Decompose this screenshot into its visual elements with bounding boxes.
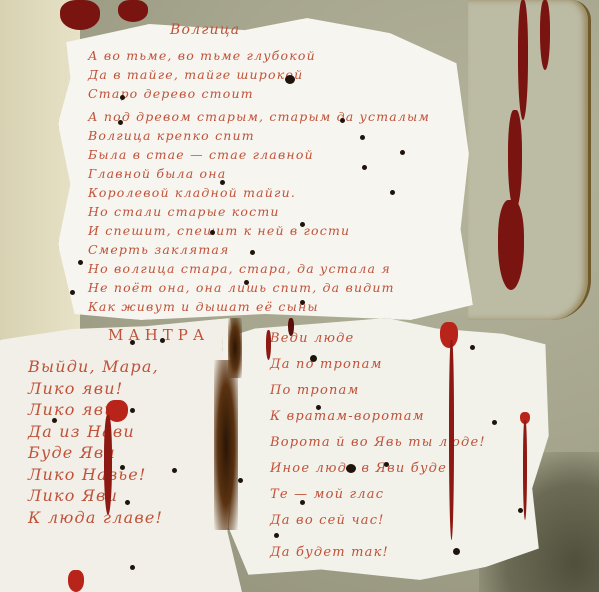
ink-splatter xyxy=(340,118,345,123)
ink-splatter xyxy=(362,165,367,170)
lyrics-block: А во тьме, во тьме глубокой Да в тайге, … xyxy=(88,46,430,316)
ink-splatter xyxy=(130,408,135,413)
ink-splatter xyxy=(120,465,125,470)
ink-splatter xyxy=(274,533,279,538)
lyric-line: А под древом старым, старым да усталым xyxy=(88,107,430,126)
ink-splatter xyxy=(300,222,305,227)
ink-splatter xyxy=(52,418,57,423)
ink-splatter xyxy=(130,340,135,345)
lyrics-block: Выйди, Мара, Лико яви! Лико яви Да из На… xyxy=(28,356,163,528)
lyric-line: Волгица крепко спит xyxy=(88,126,430,145)
lyric-line: Не поёт она, она лишь спит, да видит xyxy=(88,278,430,297)
ink-splatter xyxy=(238,478,243,483)
ink-splatter xyxy=(78,260,83,265)
blood-drip xyxy=(440,322,458,348)
blood-drip xyxy=(266,330,271,360)
ink-splatter xyxy=(518,508,523,513)
ink-splatter xyxy=(300,500,305,505)
blood-drip xyxy=(104,415,112,515)
ink-splatter xyxy=(492,420,497,425)
blood-streak xyxy=(508,110,522,210)
ink-splatter xyxy=(346,464,356,473)
burn-mark xyxy=(214,360,238,530)
ink-splatter xyxy=(220,180,225,185)
ink-splatter xyxy=(310,355,317,362)
blood-streak xyxy=(498,200,524,290)
ink-splatter xyxy=(470,345,475,350)
lyric-line: Была в стае — стае главной xyxy=(88,145,430,164)
lyric-line: Старо дерево стоит xyxy=(88,84,430,103)
ink-splatter xyxy=(130,565,135,570)
sheet-title: МАНТРА xyxy=(108,326,209,344)
lyric-line: Да из Нави xyxy=(28,421,163,443)
lyric-line: К люда главе! xyxy=(28,507,163,529)
lyric-line: Выйди, Мара, xyxy=(28,356,163,378)
torn-gray-sheet xyxy=(468,0,591,320)
blood-drip xyxy=(68,570,84,592)
ink-splatter xyxy=(250,250,255,255)
ink-splatter xyxy=(160,338,165,343)
lyric-line: Смерть заклятая xyxy=(88,240,430,259)
ink-splatter xyxy=(70,290,75,295)
ink-splatter xyxy=(172,468,177,473)
lyric-line: Лико Навье! xyxy=(28,464,163,486)
ink-splatter xyxy=(285,75,295,84)
burn-mark xyxy=(228,318,242,378)
blood-drip xyxy=(523,420,527,520)
lyric-line: И спешит, спешит к ней в гости xyxy=(88,221,430,240)
blood-streak xyxy=(540,0,550,70)
ink-splatter xyxy=(316,405,321,410)
lyric-line: Лико яви xyxy=(28,399,163,421)
ink-splatter xyxy=(453,548,460,555)
sheet-title: Волгица xyxy=(170,22,240,38)
blood-streak xyxy=(60,0,100,30)
lyric-line: Но волгица стара, стара, да устала я xyxy=(88,259,430,278)
ink-splatter xyxy=(300,300,305,305)
lyric-line: Лико Яви xyxy=(28,485,163,507)
blood-streak xyxy=(518,0,528,120)
lyric-line: Но стали старые кости xyxy=(88,202,430,221)
ink-splatter xyxy=(120,95,125,100)
ink-splatter xyxy=(125,500,130,505)
lyric-line: Лико яви! xyxy=(28,378,163,400)
ink-splatter xyxy=(400,150,405,155)
lyric-line: Как живут и дышат её сыны xyxy=(88,297,430,316)
ink-splatter xyxy=(390,190,395,195)
lyric-line: Королевой кладной тайги. xyxy=(88,183,430,202)
blood-streak xyxy=(118,0,148,22)
ink-splatter xyxy=(244,280,249,285)
ink-splatter xyxy=(384,462,389,467)
blood-drip xyxy=(288,318,294,336)
lyric-line: А во тьме, во тьме глубокой xyxy=(88,46,430,65)
lyric-line: Да в тайге, тайге широкой xyxy=(88,65,430,84)
lyric-line: Главной была она xyxy=(88,164,430,183)
lyric-line: Буде Яви xyxy=(28,442,163,464)
lyric-line: Да во сей час! xyxy=(270,508,486,534)
ink-splatter xyxy=(210,230,215,235)
blood-drip xyxy=(449,340,454,540)
ink-splatter xyxy=(118,120,123,125)
ink-splatter xyxy=(360,135,365,140)
